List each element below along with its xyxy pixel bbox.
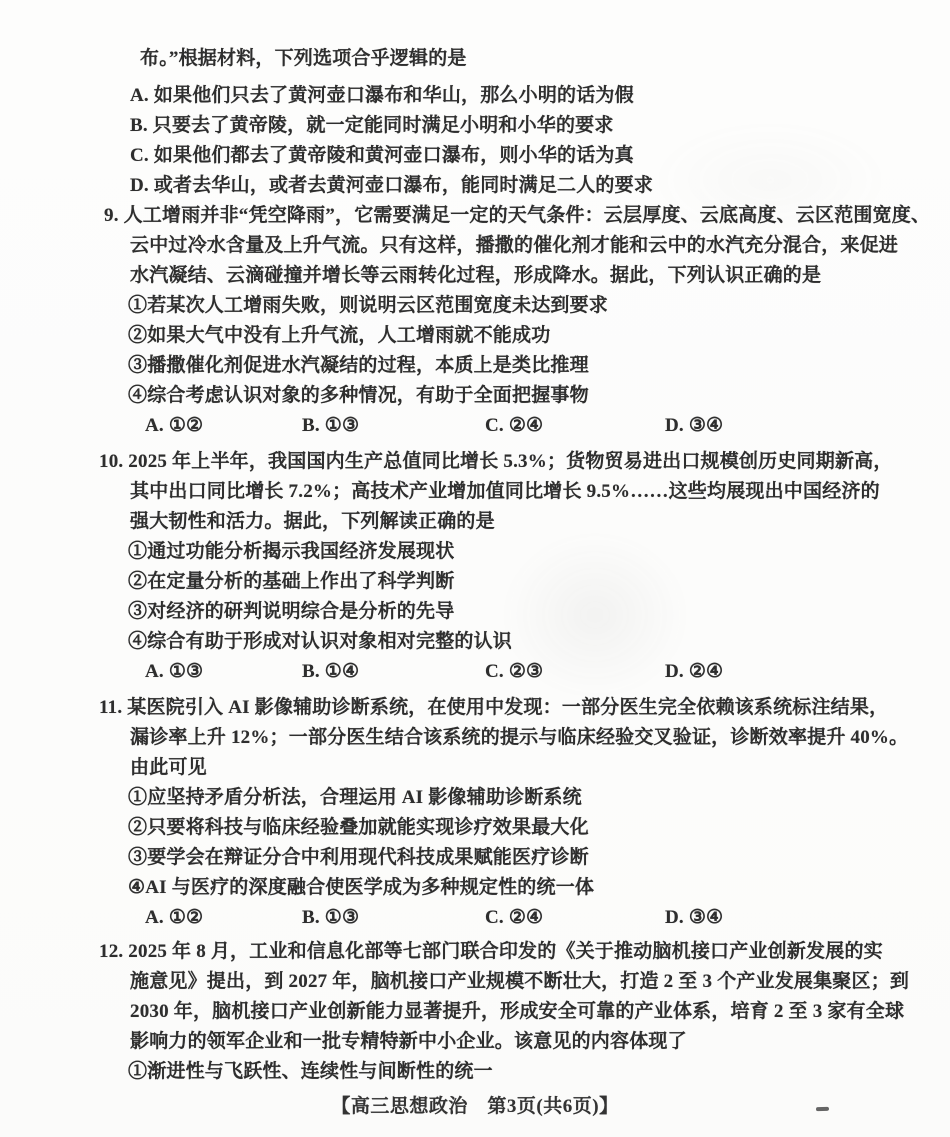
question-12-stem-line: 影响力的领军企业和一批专精特新中小企业。该意见的内容体现了 <box>130 1027 950 1057</box>
question-10-stem-line: 其中出口同比增长 7.2%；高技术产业增加值同比增长 9.5%……这些均展现出中… <box>130 477 950 507</box>
question-9-choices-row: A. ①② B. ①③ C. ②④ D. ③④ <box>145 411 950 441</box>
question-10-choice-b: B. ①④ <box>302 657 485 687</box>
question-11-statement-1: ①应坚持矛盾分析法，合理运用 AI 影像辅助诊断系统 <box>128 783 950 813</box>
question-9-choice-d: D. ③④ <box>665 411 723 441</box>
question-12-stem-line: 12. 2025 年 8 月，工业和信息化部等七部门联合印发的《关于推动脑机接口… <box>99 937 950 967</box>
question-10-choice-a: A. ①③ <box>145 657 302 687</box>
question-11-stem-line: 漏诊率上升 12%；一部分医生结合该系统的提示与临床经验交叉验证，诊断效率提升 … <box>130 723 950 753</box>
question-9-choice-b: B. ①③ <box>302 411 485 441</box>
question-9-choice-c: C. ②④ <box>485 411 665 441</box>
question-10-statement-3: ③对经济的研判说明综合是分析的先导 <box>128 597 950 627</box>
question-12-stem-line: 施意见》提出，到 2027 年，脑机接口产业规模不断壮大，打造 2 至 3 个产… <box>130 967 950 997</box>
exam-paper-page: 布。”根据材料，下列选项合乎逻辑的是 A. 如果他们只去了黄河壶口瀑布和华山，那… <box>0 0 950 1137</box>
question-10-statement-2: ②在定量分析的基础上作出了科学判断 <box>128 567 950 597</box>
question-11-statement-4: ④AI 与医疗的深度融合使医学成为多种规定性的统一体 <box>128 873 950 903</box>
question-9-statement-2: ②如果大气中没有上升气流，人工增雨就不能成功 <box>128 321 950 351</box>
question-9: 9. 人工增雨并非“凭空降雨”，它需要满足一定的天气条件：云层厚度、云底高度、云… <box>0 201 950 441</box>
question-8-option-d: D. 或者去华山，或者去黄河壶口瀑布，能同时满足二人的要求 <box>130 171 950 201</box>
question-10-choices-row: A. ①③ B. ①④ C. ②③ D. ②④ <box>145 657 950 687</box>
question-10-choice-d: D. ②④ <box>665 657 723 687</box>
question-9-stem-line: 云中过冷水含量及上升气流。只有这样，播撒的催化剂才能和云中的水汽充分混合，来促进 <box>130 231 950 261</box>
question-8-option-a: A. 如果他们只去了黄河壶口瀑布和华山，那么小明的话为假 <box>130 81 950 111</box>
question-12: 12. 2025 年 8 月，工业和信息化部等七部门联合印发的《关于推动脑机接口… <box>0 937 950 1087</box>
question-10-stem-line: 10. 2025 年上半年，我国国内生产总值同比增长 5.3%；货物贸易进出口规… <box>99 447 950 477</box>
question-10-stem-line: 强大韧性和活力。据此，下列解读正确的是 <box>130 507 950 537</box>
question-10-statement-4: ④综合有助于形成对认识对象相对完整的认识 <box>128 627 950 657</box>
question-9-statement-3: ③播撒催化剂促进水汽凝结的过程，本质上是类比推理 <box>128 351 950 381</box>
question-9-stem-line: 9. 人工增雨并非“凭空降雨”，它需要满足一定的天气条件：云层厚度、云底高度、云… <box>104 201 950 231</box>
question-11: 11. 某医院引入 AI 影像辅助诊断系统，在使用中发现：一部分医生完全依赖该系… <box>0 693 950 933</box>
question-9-statement-4: ④综合考虑认识对象的多种情况，有助于全面把握事物 <box>128 381 950 411</box>
question-12-stem-line: 2030 年，脑机接口产业创新能力显著提升，形成安全可靠的产业体系，培育 2 至… <box>130 997 950 1027</box>
question-11-statement-3: ③要学会在辩证分合中利用现代科技成果赋能医疗诊断 <box>128 843 950 873</box>
question-10-statement-1: ①通过功能分析揭示我国经济发展现状 <box>128 537 950 567</box>
question-11-stem-line: 由此可见 <box>130 753 950 783</box>
page-footer: 【高三思想政治 第3页(共6页)】 <box>0 1092 950 1122</box>
scan-stray-mark <box>816 1107 829 1111</box>
question-11-choice-a: A. ①② <box>145 903 302 933</box>
question-11-choice-c: C. ②④ <box>485 903 665 933</box>
page-content: 布。”根据材料，下列选项合乎逻辑的是 A. 如果他们只去了黄河壶口瀑布和华山，那… <box>0 44 950 1087</box>
question-9-statement-1: ①若某次人工增雨失败，则说明云区范围宽度未达到要求 <box>128 291 950 321</box>
question-11-stem-line: 11. 某医院引入 AI 影像辅助诊断系统，在使用中发现：一部分医生完全依赖该系… <box>99 693 950 723</box>
question-8-option-c: C. 如果他们都去了黄帝陵和黄河壶口瀑布，则小华的话为真 <box>130 141 950 171</box>
question-11-statement-2: ②只要将科技与临床经验叠加就能实现诊疗效果最大化 <box>128 813 950 843</box>
question-11-choices-row: A. ①② B. ①③ C. ②④ D. ③④ <box>145 903 950 933</box>
question-8-option-b: B. 只要去了黄帝陵，就一定能同时满足小明和小华的要求 <box>130 111 950 141</box>
question-10-choice-c: C. ②③ <box>485 657 665 687</box>
question-11-choice-d: D. ③④ <box>665 903 723 933</box>
question-8-intro-line: 布。”根据材料，下列选项合乎逻辑的是 <box>140 44 950 74</box>
question-12-statement-1: ①渐进性与飞跃性、连续性与间断性的统一 <box>128 1057 950 1087</box>
question-9-stem-line: 水汽凝结、云滴碰撞并增长等云雨转化过程，形成降水。据此，下列认识正确的是 <box>130 261 950 291</box>
question-10: 10. 2025 年上半年，我国国内生产总值同比增长 5.3%；货物贸易进出口规… <box>0 447 950 687</box>
question-9-choice-a: A. ①② <box>145 411 302 441</box>
question-11-choice-b: B. ①③ <box>302 903 485 933</box>
